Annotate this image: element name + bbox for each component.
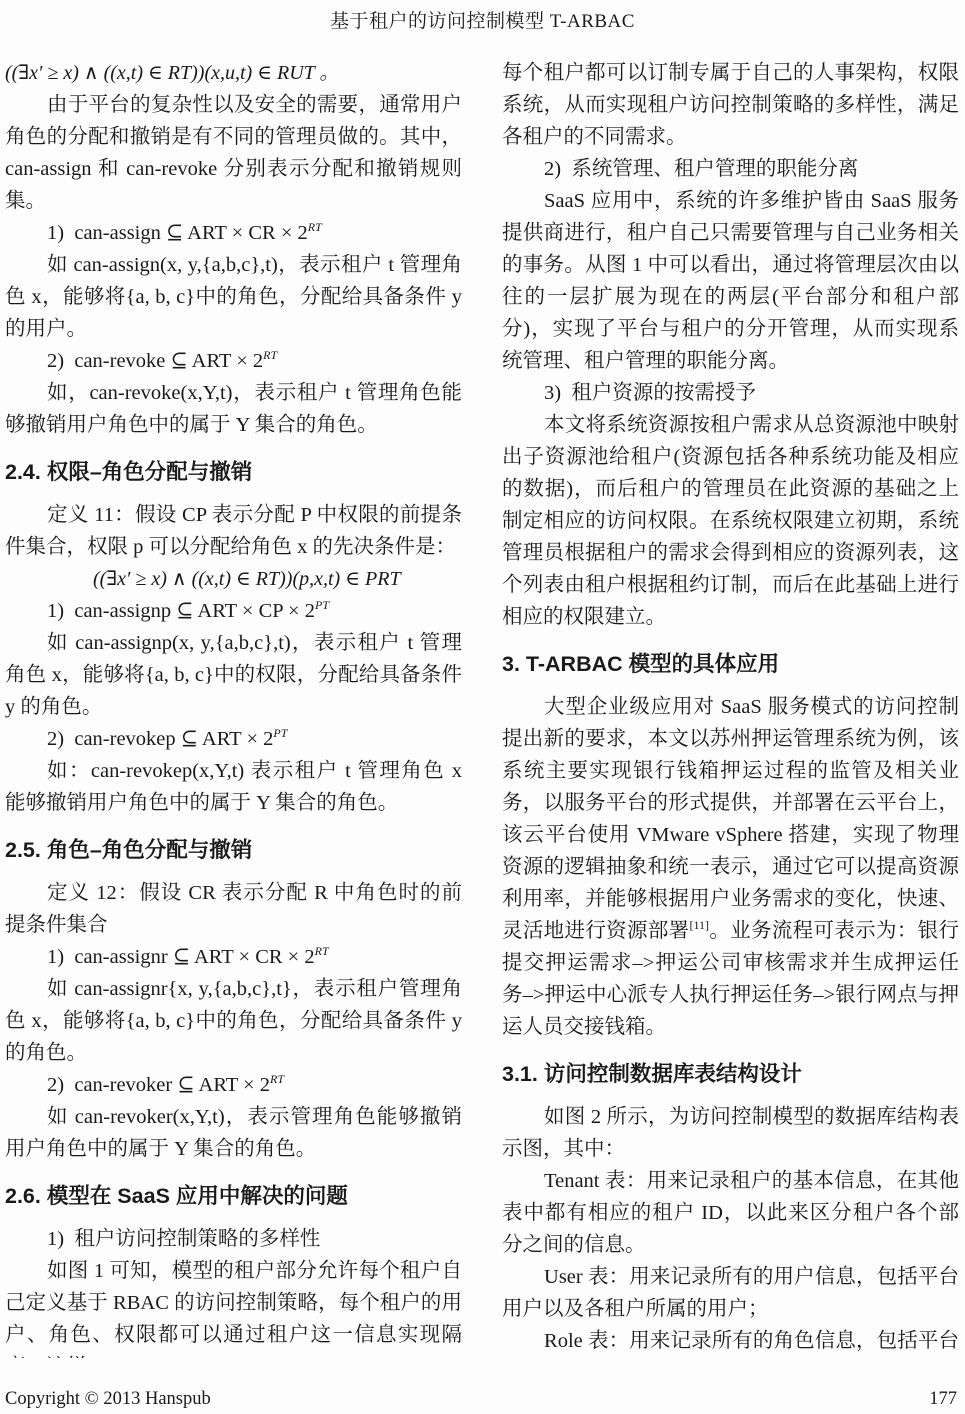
superscript-text: RT <box>270 1072 284 1086</box>
text-run: 3. T-ARBAC 模型的具体应用 <box>502 652 779 676</box>
two-column-body: ((∃x′ ≥ x) ∧ ((x,t) ∈ RT))(x,u,t) ∈ RUT … <box>5 57 959 1358</box>
superscript-text: RT <box>263 348 277 362</box>
text-run: 如，can-revoke(x,Y,t)，表示租户 t 管理角色能够撤销用户角色中… <box>5 382 462 436</box>
text-run: 2.6. 模型在 SaaS 应用中解决的问题 <box>5 1184 348 1208</box>
list-item: 2) can-revokep ⊆ ART × 2PT <box>5 723 462 755</box>
paragraph: 如：can-revokep(x,Y,t) 表示租户 t 管理角色 x 能够撤销用… <box>5 755 462 819</box>
text-run: 定义 12：假设 CR 表示分配 R 中角色时的前提条件集合 <box>5 882 462 936</box>
superscript-text: [11] <box>689 918 709 932</box>
copyright-text: Copyright © 2013 Hanspub <box>5 1388 211 1410</box>
list-item: 2) can-revoker ⊆ ART × 2RT <box>5 1069 462 1101</box>
text-run: 如 can-revoker(x,Y,t)，表示管理角色能够撤销用户角色中的属于 … <box>5 1106 462 1160</box>
text-run: 2) can-revoker ⊆ ART × 2 <box>47 1074 270 1096</box>
text-run: ((∃x′ ≥ x) ∧ ((x,t) ∈ RT))(p,x,t) ∈ PRT <box>93 568 401 590</box>
text-run: 1) can-assign ⊆ ART × CR × 2 <box>47 222 308 244</box>
page-number: 177 <box>929 1388 957 1410</box>
paragraph: Role 表：用来记录所有的角色信息，包括平台角 <box>502 1325 959 1358</box>
superscript-text: PT <box>315 598 329 612</box>
paragraph: 如 can-revoker(x,Y,t)，表示管理角色能够撤销用户角色中的属于 … <box>5 1101 462 1165</box>
text-run: 每个租户都可以订制专属于自己的人事架构，权限系统，从而实现租户访问控制策略的多样… <box>502 62 959 148</box>
text-run: 3.1. 访问控制数据库表结构设计 <box>502 1062 802 1086</box>
paragraph: 由于平台的复杂性以及安全的需要，通常用户角色的分配和撤销是有不同的管理员做的。其… <box>5 89 462 217</box>
paper-page: 基于租户的访问控制模型 T-ARBAC ((∃x′ ≥ x) ∧ ((x,t) … <box>0 0 965 1414</box>
text-run: 如 can-assign(x, y,{a,b,c},t)，表示租户 t 管理角色… <box>5 254 462 340</box>
text-run: 2.4. 权限–角色分配与撤销 <box>5 460 252 484</box>
text-run: 1) 租户访问控制策略的多样性 <box>47 1228 320 1250</box>
superscript-text: RT <box>308 220 322 234</box>
section-heading: 3. T-ARBAC 模型的具体应用 <box>502 649 959 679</box>
list-item: 3) 租户资源的按需授予 <box>502 377 959 409</box>
text-run: 定义 11：假设 CP 表示分配 P 中权限的前提条件集合，权限 p 可以分配给… <box>5 504 462 558</box>
text-run: ((∃x′ ≥ x) ∧ ((x,t) ∈ RT))(x,u,t) ∈ RUT … <box>5 62 339 84</box>
text-run: 本文将系统资源按租户需求从总资源池中映射出子资源池给租户(资源包括各种系统功能及… <box>502 414 959 628</box>
text-run: 2) can-revokep ⊆ ART × 2 <box>47 728 273 750</box>
page-header: 基于租户的访问控制模型 T-ARBAC <box>0 6 965 33</box>
section-heading: 2.5. 角色–角色分配与撤销 <box>5 835 462 865</box>
paragraph: 如 can-assignr{x, y,{a,b,c},t}，表示租户管理角色 x… <box>5 973 462 1069</box>
section-heading: 3.1. 访问控制数据库表结构设计 <box>502 1059 959 1089</box>
text-run: 如 can-assignr{x, y,{a,b,c},t}，表示租户管理角色 x… <box>5 978 462 1064</box>
text-run: 2) 系统管理、租户管理的职能分离 <box>544 158 858 180</box>
text-run: 如图 2 所示，为访问控制模型的数据库结构表示图，其中： <box>502 1106 959 1160</box>
text-run: 大型企业级应用对 SaaS 服务模式的访问控制提出新的要求，本文以苏州押运管理系… <box>502 696 959 942</box>
section-heading: 2.4. 权限–角色分配与撤销 <box>5 457 462 487</box>
paragraph: 定义 11：假设 CP 表示分配 P 中权限的前提条件集合，权限 p 可以分配给… <box>5 499 462 563</box>
left-column: ((∃x′ ≥ x) ∧ ((x,t) ∈ RT))(x,u,t) ∈ RUT … <box>5 57 462 1358</box>
text-run: SaaS 应用中，系统的许多维护皆由 SaaS 服务提供商进行，租户自己只需要管… <box>502 190 959 372</box>
text-run: 1) can-assignr ⊆ ART × CR × 2 <box>47 946 315 968</box>
paragraph: 如 can-assign(x, y,{a,b,c},t)，表示租户 t 管理角色… <box>5 249 462 345</box>
paragraph: 每个租户都可以订制专属于自己的人事架构，权限系统，从而实现租户访问控制策略的多样… <box>502 57 959 153</box>
list-item: 1) 租户访问控制策略的多样性 <box>5 1223 462 1255</box>
text-run: Role 表：用来记录所有的角色信息，包括平台角 <box>502 1330 959 1358</box>
superscript-text: PT <box>273 726 287 740</box>
paragraph: User 表：用来记录所有的用户信息，包括平台用户以及各租户所属的用户； <box>502 1261 959 1325</box>
right-column: 每个租户都可以订制专属于自己的人事架构，权限系统，从而实现租户访问控制策略的多样… <box>502 57 959 1358</box>
paragraph: 定义 12：假设 CR 表示分配 R 中角色时的前提条件集合 <box>5 877 462 941</box>
section-heading: 2.6. 模型在 SaaS 应用中解决的问题 <box>5 1181 462 1211</box>
running-title: 基于租户的访问控制模型 T-ARBAC <box>330 11 635 32</box>
superscript-text: RT <box>315 944 329 958</box>
text-run: 3) 租户资源的按需授予 <box>544 382 756 404</box>
text-run: User 表：用来记录所有的用户信息，包括平台用户以及各租户所属的用户； <box>502 1266 959 1320</box>
list-item: 2) 系统管理、租户管理的职能分离 <box>502 153 959 185</box>
paragraph: 如 can-assignp(x, y,{a,b,c},t)，表示租户 t 管理角… <box>5 627 462 723</box>
paragraph: Tenant 表：用来记录租户的基本信息，在其他表中都有相应的租户 ID，以此来… <box>502 1165 959 1261</box>
text-run: 2) can-revoke ⊆ ART × 2 <box>47 350 263 372</box>
list-item: 1) can-assign ⊆ ART × CR × 2RT <box>5 217 462 249</box>
text-run: 1) can-assignp ⊆ ART × CP × 2 <box>47 600 315 622</box>
list-item: 1) can-assignp ⊆ ART × CP × 2PT <box>5 595 462 627</box>
page-footer: Copyright © 2013 Hanspub 177 <box>5 1388 957 1410</box>
paragraph: 大型企业级应用对 SaaS 服务模式的访问控制提出新的要求，本文以苏州押运管理系… <box>502 691 959 1043</box>
paragraph: 如图 1 可知，模型的租户部分允许每个租户自己定义基于 RBAC 的访问控制策略… <box>5 1255 462 1358</box>
formula: ((∃x′ ≥ x) ∧ ((x,t) ∈ RT))(x,u,t) ∈ RUT … <box>5 57 462 89</box>
paragraph: 本文将系统资源按租户需求从总资源池中映射出子资源池给租户(资源包括各种系统功能及… <box>502 409 959 633</box>
text-run: 由于平台的复杂性以及安全的需要，通常用户角色的分配和撤销是有不同的管理员做的。其… <box>5 94 462 212</box>
formula: ((∃x′ ≥ x) ∧ ((x,t) ∈ RT))(p,x,t) ∈ PRT <box>5 563 462 595</box>
paragraph: SaaS 应用中，系统的许多维护皆由 SaaS 服务提供商进行，租户自己只需要管… <box>502 185 959 377</box>
list-item: 2) can-revoke ⊆ ART × 2RT <box>5 345 462 377</box>
text-run: 2.5. 角色–角色分配与撤销 <box>5 838 252 862</box>
text-run: 如：can-revokep(x,Y,t) 表示租户 t 管理角色 x 能够撤销用… <box>5 760 462 814</box>
text-run: 如 can-assignp(x, y,{a,b,c},t)，表示租户 t 管理角… <box>5 632 462 718</box>
paragraph: 如，can-revoke(x,Y,t)，表示租户 t 管理角色能够撤销用户角色中… <box>5 377 462 441</box>
list-item: 1) can-assignr ⊆ ART × CR × 2RT <box>5 941 462 973</box>
paragraph: 如图 2 所示，为访问控制模型的数据库结构表示图，其中： <box>502 1101 959 1165</box>
text-run: 如图 1 可知，模型的租户部分允许每个租户自己定义基于 RBAC 的访问控制策略… <box>5 1260 462 1358</box>
text-run: Tenant 表：用来记录租户的基本信息，在其他表中都有相应的租户 ID，以此来… <box>502 1170 959 1256</box>
